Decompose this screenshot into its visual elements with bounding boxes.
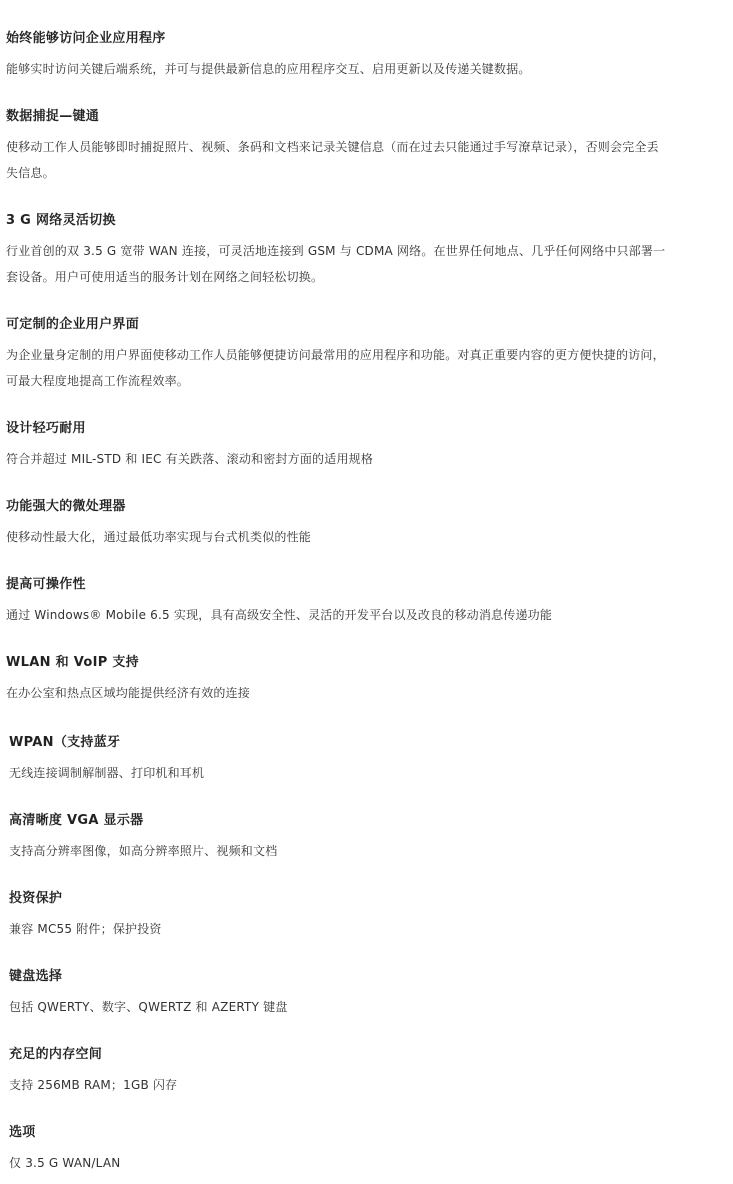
- feature-vga-display: 高清晰度 VGA 显示器 支持高分辨率图像，如高分辨率照片、视频和文档: [9, 812, 669, 864]
- feature-rugged-design: 设计轻巧耐用 符合并超过 MIL-STD 和 IEC 有关跌落、滚动和密封方面的…: [6, 420, 666, 472]
- feature-data-capture: 数据捕捉—键通 使移动工作人员能够即时捕捉照片、视频、条码和文档来记录关键信息（…: [6, 108, 666, 186]
- feature-keyboard-options: 键盘选择 包括 QWERTY、数字、QWERTZ 和 AZERTY 键盘: [9, 968, 669, 1020]
- feature-memory: 充足的内存空间 支持 256MB RAM；1GB 闪存: [9, 1046, 669, 1098]
- feature-title: 高清晰度 VGA 显示器: [9, 812, 669, 830]
- feature-description: 兼容 MC55 附件；保护投资: [9, 916, 669, 942]
- feature-microprocessor: 功能强大的微处理器 使移动性最大化，通过最低功率实现与台式机类似的性能: [6, 498, 666, 550]
- feature-title: 提高可操作性: [6, 576, 666, 594]
- feature-enterprise-app-access: 始终能够访问企业应用程序 能够实时访问关键后端系统，并可与提供最新信息的应用程序…: [6, 30, 666, 82]
- feature-description: 支持高分辨率图像，如高分辨率照片、视频和文档: [9, 838, 669, 864]
- feature-description: 能够实时访问关键后端系统，并可与提供最新信息的应用程序交互、启用更新以及传递关键…: [6, 56, 666, 82]
- feature-description: 符合并超过 MIL-STD 和 IEC 有关跌落、滚动和密封方面的适用规格: [6, 446, 666, 472]
- feature-title: WLAN 和 VoIP 支持: [6, 654, 666, 672]
- feature-title: WPAN（支持蓝牙: [9, 734, 669, 752]
- feature-title: 数据捕捉—键通: [6, 108, 666, 126]
- feature-custom-ui: 可定制的企业用户界面 为企业量身定制的用户界面使移动工作人员能够便捷访问最常用的…: [6, 316, 666, 394]
- feature-wpan-bluetooth: WPAN（支持蓝牙 无线连接调制解制器、打印机和耳机: [9, 734, 669, 786]
- feature-investment-protection: 投资保护 兼容 MC55 附件；保护投资: [9, 890, 669, 942]
- feature-description: 为企业量身定制的用户界面使移动工作人员能够便捷访问最常用的应用程序和功能。对真正…: [6, 342, 666, 394]
- feature-description: 支持 256MB RAM；1GB 闪存: [9, 1072, 669, 1098]
- feature-description: 仅 3.5 G WAN/LAN: [9, 1150, 669, 1176]
- feature-title: 可定制的企业用户界面: [6, 316, 666, 334]
- feature-description: 行业首创的双 3.5 G 宽带 WAN 连接，可灵活地连接到 GSM 与 CDM…: [6, 238, 666, 290]
- feature-description: 通过 Windows® Mobile 6.5 实现，具有高级安全性、灵活的开发平…: [6, 602, 666, 628]
- feature-description: 包括 QWERTY、数字、QWERTZ 和 AZERTY 键盘: [9, 994, 669, 1020]
- feature-title: 3 G 网络灵活切换: [6, 212, 666, 230]
- feature-title: 投资保护: [9, 890, 669, 908]
- feature-title: 键盘选择: [9, 968, 669, 986]
- feature-title: 始终能够访问企业应用程序: [6, 30, 666, 48]
- feature-wlan-voip: WLAN 和 VoIP 支持 在办公室和热点区域均能提供经济有效的连接: [6, 654, 666, 706]
- feature-description: 无线连接调制解制器、打印机和耳机: [9, 760, 669, 786]
- feature-title: 设计轻巧耐用: [6, 420, 666, 438]
- feature-operability: 提高可操作性 通过 Windows® Mobile 6.5 实现，具有高级安全性…: [6, 576, 666, 628]
- feature-description: 使移动工作人员能够即时捕捉照片、视频、条码和文档来记录关键信息（而在过去只能通过…: [6, 134, 666, 186]
- feature-title: 功能强大的微处理器: [6, 498, 666, 516]
- feature-options: 选项 仅 3.5 G WAN/LAN: [9, 1124, 669, 1176]
- feature-description: 在办公室和热点区域均能提供经济有效的连接: [6, 680, 666, 706]
- feature-title: 选项: [9, 1124, 669, 1142]
- feature-3g-switching: 3 G 网络灵活切换 行业首创的双 3.5 G 宽带 WAN 连接，可灵活地连接…: [6, 212, 666, 290]
- feature-title: 充足的内存空间: [9, 1046, 669, 1064]
- feature-description: 使移动性最大化，通过最低功率实现与台式机类似的性能: [6, 524, 666, 550]
